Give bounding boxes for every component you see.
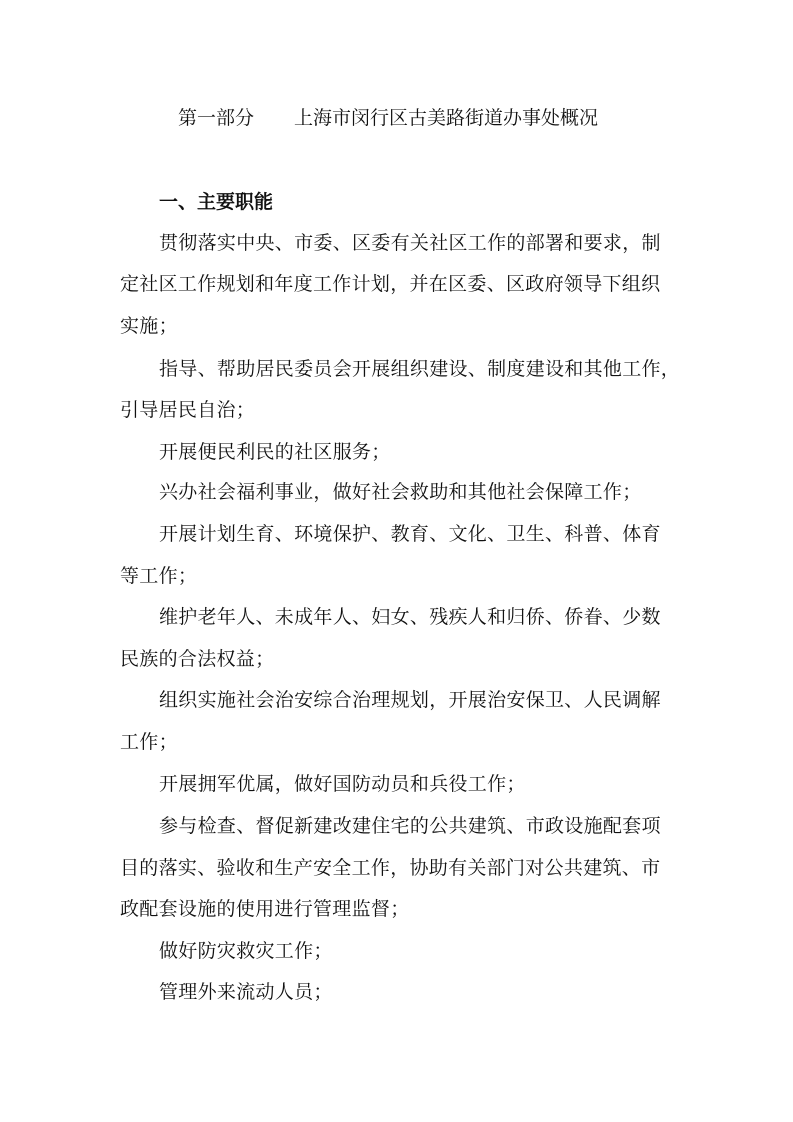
paragraph-line: 组织实施社会治安综合治理规划，开展治安保卫、人民调解: [159, 688, 661, 712]
section-heading: 一、主要职能: [159, 190, 273, 214]
paragraph-line: 做好防灾救灾工作；: [159, 939, 333, 963]
paragraph-line: 实施；: [120, 314, 178, 338]
title-name: 上海市闵行区古美路街道办事处概况: [294, 107, 598, 129]
paragraph-line: 管理外来流动人员；: [159, 980, 333, 1004]
paragraph-line: 维护老年人、未成年人、妇女、残疾人和归侨、侨眷、少数: [159, 605, 661, 629]
paragraph-line: 参与检查、督促新建改建住宅的公共建筑、市政设施配套项: [159, 814, 661, 838]
paragraph-line: 政配套设施的使用进行管理监督；: [120, 897, 410, 921]
document-title: 第一部分上海市闵行区古美路街道办事处概况: [178, 106, 598, 130]
title-part: 第一部分: [178, 107, 254, 129]
paragraph-line: 民族的合法权益；: [120, 647, 274, 671]
paragraph-line: 开展便民利民的社区服务；: [159, 440, 391, 464]
paragraph-line: 工作；: [120, 730, 178, 754]
paragraph-line: 定社区工作规划和年度工作计划，并在区委、区政府领导下组织: [120, 272, 660, 296]
paragraph-line: 指导、帮助居民委员会开展组织建设、制度建设和其他工作，: [159, 357, 680, 381]
paragraph-line: 贯彻落实中央、市委、区委有关社区工作的部署和要求，制: [159, 231, 661, 255]
paragraph-line: 开展拥军优属，做好国防动员和兵役工作；: [159, 772, 526, 796]
paragraph-line: 引导居民自治；: [120, 398, 255, 422]
paragraph-line: 开展计划生育、环境保护、教育、文化、卫生、科普、体育: [159, 522, 661, 546]
paragraph-line: 目的落实、验收和生产安全工作，协助有关部门对公共建筑、市: [120, 856, 660, 880]
paragraph-line: 兴办社会福利事业，做好社会救助和其他社会保障工作；: [159, 480, 642, 504]
paragraph-line: 等工作；: [120, 564, 197, 588]
